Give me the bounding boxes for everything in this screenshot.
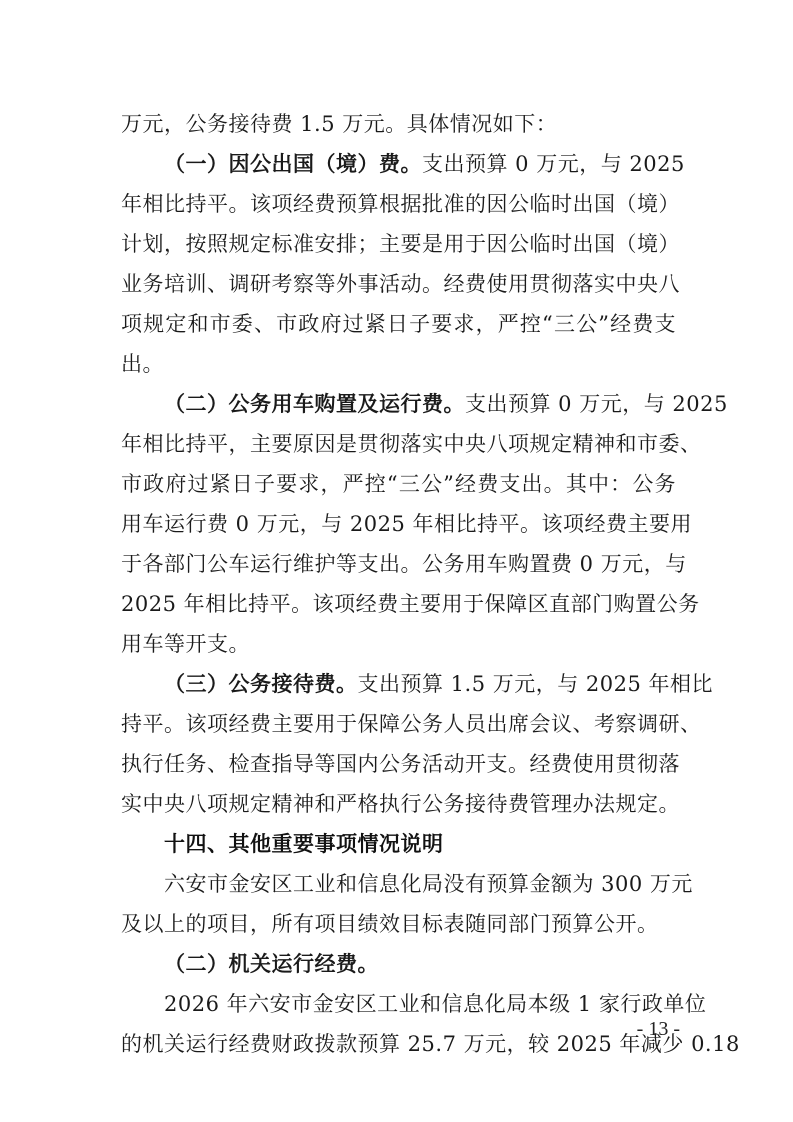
line-text: 于各部门公车运行维护等支出。公务用车购置费 0 万元，与 bbox=[121, 552, 687, 576]
paragraph-line: 出。 bbox=[121, 350, 676, 378]
subsection-line: （二）公务用车购置及运行费。支出预算 0 万元，与 2025 bbox=[164, 390, 676, 418]
paragraph-line: 六安市金安区工业和信息化局没有预算金额为 300 万元 bbox=[164, 870, 676, 898]
subsection-title: （三）公务接待费。 bbox=[164, 672, 358, 696]
line-text: 支出预算 1.5 万元，与 2025 年相比 bbox=[358, 672, 714, 696]
paragraph-line: 执行任务、检查指导等国内公务活动开支。经费使用贯彻落 bbox=[121, 750, 676, 778]
line-text: 计划，按照规定标准安排；主要是用于因公临时出国（境） bbox=[121, 232, 680, 256]
section-heading: 十四、其他重要事项情况说明 bbox=[164, 830, 676, 858]
paragraph-line: 2025 年相比持平。该项经费主要用于保障区直部门购置公务 bbox=[121, 590, 676, 618]
paragraph-line: 于各部门公车运行维护等支出。公务用车购置费 0 万元，与 bbox=[121, 550, 676, 578]
paragraph-line: 年相比持平。该项经费预算根据批准的因公临时出国（境） bbox=[121, 190, 676, 218]
line-text: 持平。该项经费主要用于保障公务人员出席会议、考察调研、 bbox=[121, 712, 702, 736]
page-number: - 13 - bbox=[610, 1018, 680, 1041]
line-text: 出。 bbox=[121, 352, 164, 376]
paragraph-line: 持平。该项经费主要用于保障公务人员出席会议、考察调研、 bbox=[121, 710, 676, 738]
line-text: 用车运行费 0 万元，与 2025 年相比持平。该项经费主要用 bbox=[121, 512, 692, 536]
line-text: 支出预算 0 万元，与 2025 bbox=[465, 392, 728, 416]
paragraph-line: 市政府过紧日子要求，严控“三公”经费支出。其中：公务 bbox=[121, 470, 676, 498]
line-text: 万元，公务接待费 1.5 万元。具体情况如下： bbox=[121, 112, 557, 136]
line-text: 业务培训、调研考察等外事活动。经费使用贯彻落实中央八 bbox=[121, 272, 680, 296]
line-text: 执行任务、检查指导等国内公务活动开支。经费使用贯彻落 bbox=[121, 752, 680, 776]
paragraph-line: 年相比持平，主要原因是贯彻落实中央八项规定精神和市委、 bbox=[121, 430, 676, 458]
paragraph-line: 业务培训、调研考察等外事活动。经费使用贯彻落实中央八 bbox=[121, 270, 676, 298]
paragraph-line: 的机关运行经费财政拨款预算 25.7 万元，较 2025 年减少 0.18 bbox=[121, 1030, 676, 1058]
line-text: 实中央八项规定精神和严格执行公务接待费管理办法规定。 bbox=[121, 792, 680, 816]
section-heading-text: 十四、其他重要事项情况说明 bbox=[164, 832, 444, 856]
line-text: 2026 年六安市金安区工业和信息化局本级 1 家行政单位 bbox=[164, 992, 706, 1016]
line-text: 2025 年相比持平。该项经费主要用于保障区直部门购置公务 bbox=[121, 592, 700, 616]
subsection-title: （二）公务用车购置及运行费。 bbox=[164, 392, 465, 416]
paragraph-line: 及以上的项目，所有项目绩效目标表随同部门预算公开。 bbox=[121, 910, 676, 938]
line-text: 六安市金安区工业和信息化局没有预算金额为 300 万元 bbox=[164, 872, 693, 896]
paragraph-line: 2026 年六安市金安区工业和信息化局本级 1 家行政单位 bbox=[164, 990, 676, 1018]
line-text: 项规定和市委、市政府过紧日子要求，严控“三公”经费支 bbox=[121, 312, 676, 336]
line-text: 及以上的项目，所有项目绩效目标表随同部门预算公开。 bbox=[121, 912, 659, 936]
paragraph-line: 计划，按照规定标准安排；主要是用于因公临时出国（境） bbox=[121, 230, 676, 258]
subsection-line: （二）机关运行经费。 bbox=[164, 950, 676, 978]
subsection-title: （二）机关运行经费。 bbox=[164, 952, 379, 976]
line-text: 支出预算 0 万元，与 2025 bbox=[422, 152, 685, 176]
subsection-title: （一）因公出国（境）费。 bbox=[164, 152, 422, 176]
line-text: 用车等开支。 bbox=[121, 632, 250, 656]
subsection-line: （三）公务接待费。支出预算 1.5 万元，与 2025 年相比 bbox=[164, 670, 676, 698]
paragraph-line: 项规定和市委、市政府过紧日子要求，严控“三公”经费支 bbox=[121, 310, 676, 338]
paragraph-line: 万元，公务接待费 1.5 万元。具体情况如下： bbox=[121, 110, 676, 138]
paragraph-line: 用车运行费 0 万元，与 2025 年相比持平。该项经费主要用 bbox=[121, 510, 676, 538]
line-text: 年相比持平，主要原因是贯彻落实中央八项规定精神和市委、 bbox=[121, 432, 702, 456]
line-text: 年相比持平。该项经费预算根据批准的因公临时出国（境） bbox=[121, 192, 680, 216]
paragraph-line: 实中央八项规定精神和严格执行公务接待费管理办法规定。 bbox=[121, 790, 676, 818]
subsection-line: （一）因公出国（境）费。支出预算 0 万元，与 2025 bbox=[164, 150, 676, 178]
paragraph-line: 用车等开支。 bbox=[121, 630, 676, 658]
line-text: 市政府过紧日子要求，严控“三公”经费支出。其中：公务 bbox=[121, 472, 676, 496]
document-page: 万元，公务接待费 1.5 万元。具体情况如下：（一）因公出国（境）费。支出预算 … bbox=[0, 0, 793, 1122]
